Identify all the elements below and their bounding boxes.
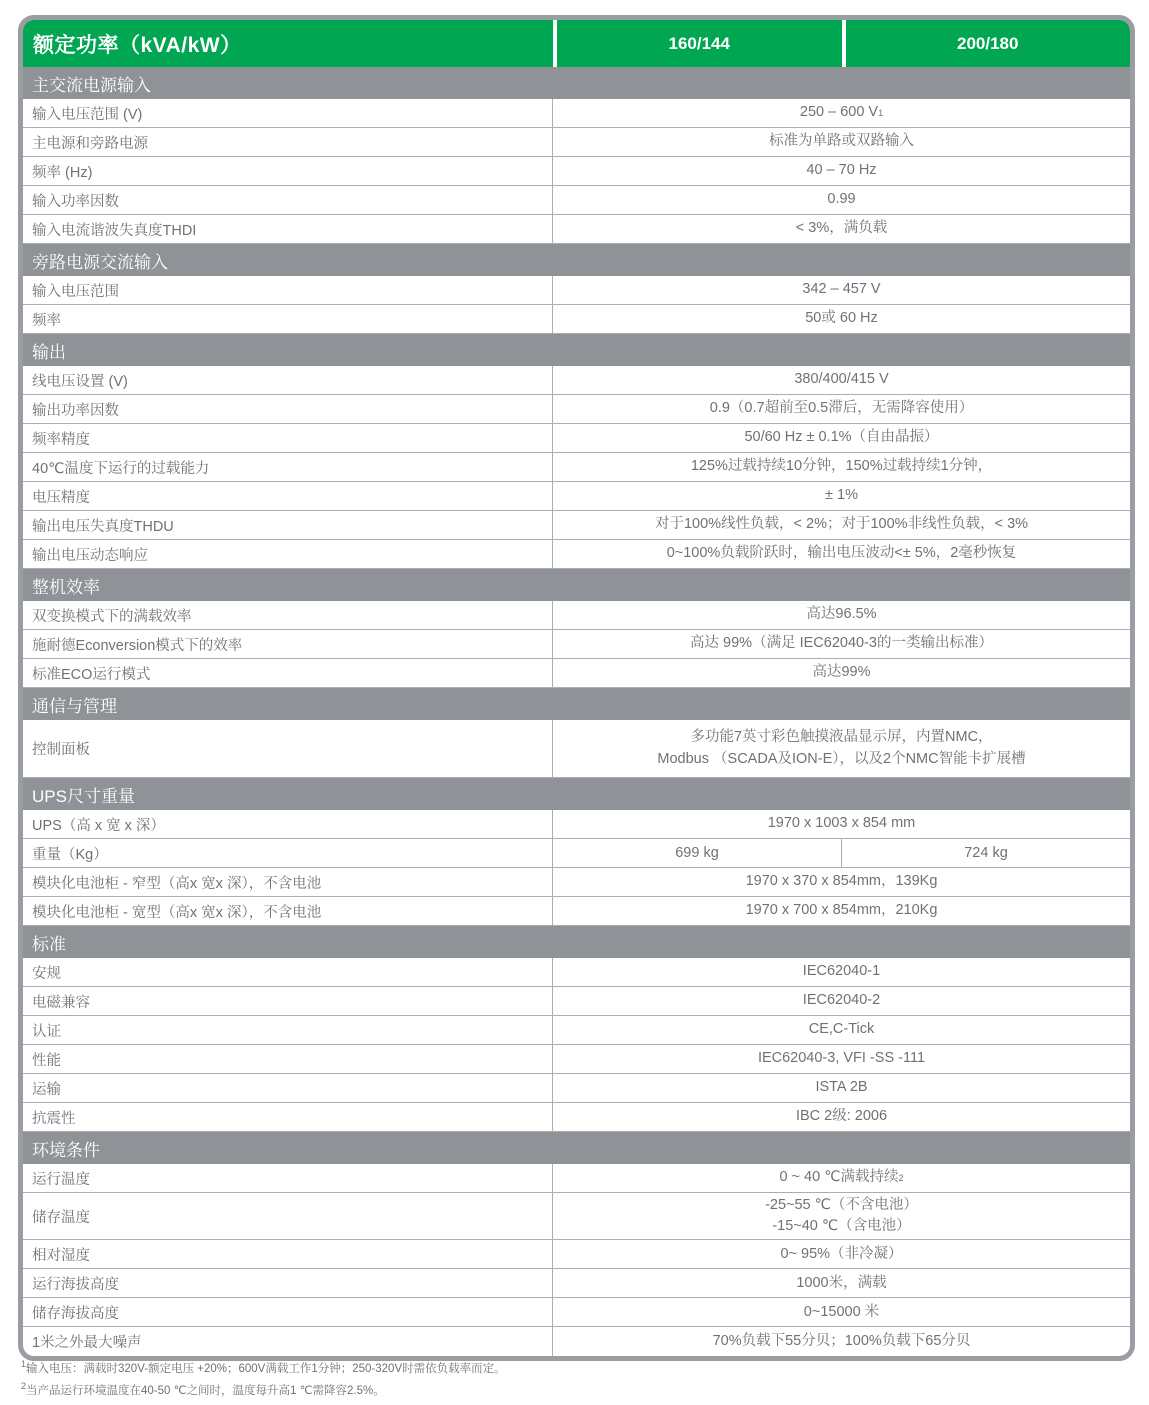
spec-value: 高达96.5% (553, 601, 1130, 629)
spec-label: 主电源和旁路电源 (23, 128, 553, 156)
spec-label: 输入电压范围 (V) (23, 99, 553, 127)
spec-value: 50或 60 Hz (553, 305, 1130, 333)
spec-value: 0~100%负载阶跃时，输出电压波动<± 5%，2毫秒恢复 (553, 540, 1130, 568)
spec-value: 1000米，满载 (553, 1269, 1130, 1297)
footnote-1: 1输入电压：满载时320V-额定电压 +20%；600V满载工作1分钟；250-… (21, 1359, 506, 1381)
section-6: 标准安规IEC62040-1电磁兼容IEC62040-2认证CE,C-Tick性… (23, 926, 1130, 1132)
section-header: 标准 (23, 926, 1130, 958)
section-header: 主交流电源输入 (23, 67, 1130, 99)
spec-label: 运行温度 (23, 1164, 553, 1192)
spec-label: 频率 (Hz) (23, 157, 553, 185)
spec-row: 频率50或 60 Hz (23, 305, 1130, 334)
spec-value-text: 标准为单路或双路输入 (769, 131, 914, 152)
spec-row: 运输ISTA 2B (23, 1074, 1130, 1103)
spec-value-text: 40 – 70 Hz (806, 160, 876, 181)
model-column-200: 200/180 (846, 20, 1131, 67)
spec-row: 储存海拔高度0~15000 米 (23, 1298, 1130, 1327)
spec-value-text: 125%过载持续10分钟，150%过载持续1分钟， (691, 456, 992, 477)
spec-value-line: 多功能7英寸彩色触摸液晶显示屏，内置NMC， (690, 727, 992, 748)
spec-value-text: 0~ 95%（非冷凝） (780, 1244, 902, 1265)
rated-power-title: 额定功率（kVA/kW） (23, 20, 553, 67)
spec-row: 运行温度0 ~ 40 ℃满载持续2 (23, 1164, 1130, 1193)
spec-value: IEC62040-1 (553, 958, 1130, 986)
spec-value-text: 高达99% (812, 662, 870, 683)
spec-value-line: -15~40 ℃（含电池） (772, 1216, 910, 1237)
spec-value-text: IEC62040-2 (803, 990, 880, 1011)
spec-row: 控制面板多功能7英寸彩色触摸液晶显示屏，内置NMC，Modbus （SCADA及… (23, 720, 1130, 778)
spec-label: 输入功率因数 (23, 186, 553, 214)
spec-value-text: 0.9（0.7超前至0.5滞后，无需降容使用） (710, 398, 973, 419)
spec-label: 安规 (23, 958, 553, 986)
spec-value: 1970 x 700 x 854mm，210Kg (553, 897, 1130, 925)
spec-row: 1米之外最大噪声70%负载下55分贝；100%负载下65分贝 (23, 1327, 1130, 1356)
spec-label: 模块化电池柜 - 窄型（高x 宽x 深），不含电池 (23, 868, 553, 896)
spec-row: 性能IEC62040-3, VFI -SS -111 (23, 1045, 1130, 1074)
spec-value-text: ISTA 2B (815, 1077, 867, 1098)
spec-value-text: IEC62040-1 (803, 961, 880, 982)
spec-row: 重量（Kg）699 kg724 kg (23, 839, 1130, 868)
spec-value: 0~ 95%（非冷凝） (553, 1240, 1130, 1268)
section-header: 输出 (23, 334, 1130, 366)
footnote-2-text: 当产品运行环境温度在40-50 ℃之间时，温度每升高1 ℃需降容2.5%。 (26, 1385, 385, 1397)
spec-row: 输出功率因数0.9（0.7超前至0.5滞后，无需降容使用） (23, 395, 1130, 424)
spec-row: 输入功率因数0.99 (23, 186, 1130, 215)
spec-row: 抗震性IBC 2级: 2006 (23, 1103, 1130, 1132)
section-header: 通信与管理 (23, 688, 1130, 720)
spec-value-text: 380/400/415 V (794, 369, 888, 390)
spec-value-text: 50/60 Hz ± 0.1%（自由晶振） (744, 427, 938, 448)
spec-value-text: 高达96.5% (806, 604, 876, 625)
spec-label: 输出功率因数 (23, 395, 553, 423)
spec-value-text: IBC 2级: 2006 (796, 1106, 887, 1127)
spec-row: 输出电压失真度THDU对于100%线性负载，< 2%；对于100%非线性负载，<… (23, 511, 1130, 540)
spec-row: 输出电压动态响应0~100%负载阶跃时，输出电压波动<± 5%，2毫秒恢复 (23, 540, 1130, 569)
spec-value-text: 1000米，满载 (796, 1273, 886, 1294)
spec-value-text: 250 – 600 V (800, 102, 878, 123)
spec-label: UPS（高 x 宽 x 深） (23, 810, 553, 838)
spec-row: 主电源和旁路电源标准为单路或双路输入 (23, 128, 1130, 157)
spec-row: 运行海拔高度1000米，满载 (23, 1269, 1130, 1298)
section-header: 整机效率 (23, 569, 1130, 601)
spec-value: IBC 2级: 2006 (553, 1103, 1130, 1131)
spec-row: 模块化电池柜 - 宽型（高x 宽x 深），不含电池1970 x 700 x 85… (23, 897, 1130, 926)
spec-value: 多功能7英寸彩色触摸液晶显示屏，内置NMC，Modbus （SCADA及ION-… (553, 720, 1130, 777)
spec-value: 125%过载持续10分钟，150%过载持续1分钟， (553, 453, 1130, 481)
spec-value: 40 – 70 Hz (553, 157, 1130, 185)
spec-value: 1970 x 370 x 854mm，139Kg (553, 868, 1130, 896)
section-2: 输出线电压设置 (V)380/400/415 V输出功率因数0.9（0.7超前至… (23, 334, 1130, 569)
spec-row: 输入电流谐波失真度THDI< 3%，满负载 (23, 215, 1130, 244)
spec-row: 储存温度-25~55 ℃（不含电池）-15~40 ℃（含电池） (23, 1193, 1130, 1240)
spec-value-text: IEC62040-3, VFI -SS -111 (758, 1048, 925, 1069)
spec-value-text: 1970 x 370 x 854mm，139Kg (746, 871, 938, 892)
spec-value: < 3%，满负载 (553, 215, 1130, 243)
spec-value-text: 1970 x 1003 x 854 mm (768, 813, 916, 834)
spec-value: 0.99 (553, 186, 1130, 214)
spec-label: 线电压设置 (V) (23, 366, 553, 394)
spec-value-split: 699 kg724 kg (553, 839, 1130, 867)
footnote-1-text: 输入电压：满载时320V-额定电压 +20%；600V满载工作1分钟；250-3… (26, 1363, 506, 1375)
spec-label: 性能 (23, 1045, 553, 1073)
spec-row: 频率 (Hz)40 – 70 Hz (23, 157, 1130, 186)
spec-row: UPS（高 x 宽 x 深）1970 x 1003 x 854 mm (23, 810, 1130, 839)
section-7: 环境条件运行温度0 ~ 40 ℃满载持续2储存温度-25~55 ℃（不含电池）-… (23, 1132, 1130, 1356)
spec-label: 输入电流谐波失真度THDI (23, 215, 553, 243)
spec-row: 线电压设置 (V)380/400/415 V (23, 366, 1130, 395)
spec-value: 高达99% (553, 659, 1130, 687)
spec-label: 重量（Kg） (23, 839, 553, 867)
spec-value: ISTA 2B (553, 1074, 1130, 1102)
spec-value: 724 kg (841, 839, 1130, 867)
section-header: 环境条件 (23, 1132, 1130, 1164)
section-4: 通信与管理控制面板多功能7英寸彩色触摸液晶显示屏，内置NMC，Modbus （S… (23, 688, 1130, 778)
spec-value-text: 对于100%线性负载，< 2%；对于100%非线性负载，< 3% (655, 514, 1028, 535)
spec-value-text: CE,C-Tick (809, 1019, 875, 1040)
spec-row: 施耐德Econversion模式下的效率高达 99%（满足 IEC62040-3… (23, 630, 1130, 659)
spec-value: ± 1% (553, 482, 1130, 510)
spec-row: 输入电压范围 (V)250 – 600 V1 (23, 99, 1130, 128)
section-1: 旁路电源交流输入输入电压范围342 – 457 V频率50或 60 Hz (23, 244, 1130, 334)
spec-label: 双变换模式下的满载效率 (23, 601, 553, 629)
rated-power-header: 额定功率（kVA/kW） 160/144 200/180 (23, 20, 1130, 67)
spec-value: 0~15000 米 (553, 1298, 1130, 1326)
spec-value: 标准为单路或双路输入 (553, 128, 1130, 156)
spec-label: 模块化电池柜 - 宽型（高x 宽x 深），不含电池 (23, 897, 553, 925)
spec-label: 认证 (23, 1016, 553, 1044)
spec-row: 频率精度50/60 Hz ± 0.1%（自由晶振） (23, 424, 1130, 453)
spec-value: CE,C-Tick (553, 1016, 1130, 1044)
spec-label: 输出电压动态响应 (23, 540, 553, 568)
spec-value: 70%负载下55分贝；100%负载下65分贝 (553, 1327, 1130, 1356)
spec-label: 电压精度 (23, 482, 553, 510)
spec-value-text: 50或 60 Hz (805, 308, 878, 329)
spec-label: 1米之外最大噪声 (23, 1327, 553, 1356)
spec-value-text: ± 1% (825, 485, 858, 506)
spec-label: 施耐德Econversion模式下的效率 (23, 630, 553, 658)
spec-label: 运行海拔高度 (23, 1269, 553, 1297)
spec-value-line: -25~55 ℃（不含电池） (765, 1195, 918, 1216)
spec-label: 40℃温度下运行的过载能力 (23, 453, 553, 481)
spec-label: 相对湿度 (23, 1240, 553, 1268)
section-0: 主交流电源输入输入电压范围 (V)250 – 600 V1主电源和旁路电源标准为… (23, 67, 1130, 244)
spec-value-line: Modbus （SCADA及ION-E），以及2个NMC智能卡扩展槽 (657, 749, 1025, 770)
footnotes: 1输入电压：满载时320V-额定电压 +20%；600V满载工作1分钟；250-… (21, 1359, 506, 1403)
spec-row: 电磁兼容IEC62040-2 (23, 987, 1130, 1016)
spec-value-text: 0~15000 米 (804, 1302, 879, 1323)
spec-label: 电磁兼容 (23, 987, 553, 1015)
section-header: 旁路电源交流输入 (23, 244, 1130, 276)
spec-value: 342 – 457 V (553, 276, 1130, 304)
spec-label: 控制面板 (23, 720, 553, 777)
spec-row: 输入电压范围342 – 457 V (23, 276, 1130, 305)
footnote-2: 2当产品运行环境温度在40-50 ℃之间时，温度每升高1 ℃需降容2.5%。 (21, 1381, 506, 1403)
spec-label: 储存温度 (23, 1193, 553, 1239)
spec-value: IEC62040-2 (553, 987, 1130, 1015)
spec-value: 对于100%线性负载，< 2%；对于100%非线性负载，< 3% (553, 511, 1130, 539)
spec-label: 输出电压失真度THDU (23, 511, 553, 539)
spec-row: 相对湿度0~ 95%（非冷凝） (23, 1240, 1130, 1269)
spec-value-text: 0.99 (827, 189, 855, 210)
spec-label: 标准ECO运行模式 (23, 659, 553, 687)
ups-spec-table: 额定功率（kVA/kW） 160/144 200/180 主交流电源输入输入电压… (18, 15, 1135, 1361)
spec-row: 模块化电池柜 - 窄型（高x 宽x 深），不含电池1970 x 370 x 85… (23, 868, 1130, 897)
spec-label: 频率 (23, 305, 553, 333)
spec-label: 储存海拔高度 (23, 1298, 553, 1326)
spec-label: 运输 (23, 1074, 553, 1102)
spec-value-text: 高达 99%（满足 IEC62040-3的一类输出标准） (690, 633, 993, 654)
spec-value: 50/60 Hz ± 0.1%（自由晶振） (553, 424, 1130, 452)
spec-label: 频率精度 (23, 424, 553, 452)
spec-label: 输入电压范围 (23, 276, 553, 304)
spec-value-text: 342 – 457 V (802, 279, 880, 300)
spec-value: 250 – 600 V1 (553, 99, 1130, 127)
spec-row: 40℃温度下运行的过载能力125%过载持续10分钟，150%过载持续1分钟， (23, 453, 1130, 482)
spec-value: 1970 x 1003 x 854 mm (553, 810, 1130, 838)
spec-row: 电压精度± 1% (23, 482, 1130, 511)
spec-value-text: 1970 x 700 x 854mm，210Kg (746, 900, 938, 921)
spec-value-text: 70%负载下55分贝；100%负载下65分贝 (713, 1331, 971, 1352)
section-3: 整机效率双变换模式下的满载效率高达96.5%施耐德Econversion模式下的… (23, 569, 1130, 688)
spec-value: 699 kg (553, 839, 841, 867)
spec-table-body: 主交流电源输入输入电压范围 (V)250 – 600 V1主电源和旁路电源标准为… (23, 67, 1130, 1356)
spec-value: 380/400/415 V (553, 366, 1130, 394)
spec-value: 高达 99%（满足 IEC62040-3的一类输出标准） (553, 630, 1130, 658)
spec-label: 抗震性 (23, 1103, 553, 1131)
spec-row: 双变换模式下的满载效率高达96.5% (23, 601, 1130, 630)
spec-value-text: < 3%，满负载 (796, 218, 887, 239)
spec-value-text: 0~100%负载阶跃时，输出电压波动<± 5%，2毫秒恢复 (667, 543, 1017, 564)
section-5: UPS尺寸重量UPS（高 x 宽 x 深）1970 x 1003 x 854 m… (23, 778, 1130, 926)
model-column-160: 160/144 (557, 20, 842, 67)
spec-row: 标准ECO运行模式高达99% (23, 659, 1130, 688)
spec-row: 认证CE,C-Tick (23, 1016, 1130, 1045)
section-header: UPS尺寸重量 (23, 778, 1130, 810)
spec-value: 0.9（0.7超前至0.5滞后，无需降容使用） (553, 395, 1130, 423)
spec-value: IEC62040-3, VFI -SS -111 (553, 1045, 1130, 1073)
spec-row: 安规IEC62040-1 (23, 958, 1130, 987)
spec-value: -25~55 ℃（不含电池）-15~40 ℃（含电池） (553, 1193, 1130, 1239)
spec-value-text: 0 ~ 40 ℃满载持续 (779, 1167, 898, 1188)
spec-value: 0 ~ 40 ℃满载持续2 (553, 1164, 1130, 1192)
